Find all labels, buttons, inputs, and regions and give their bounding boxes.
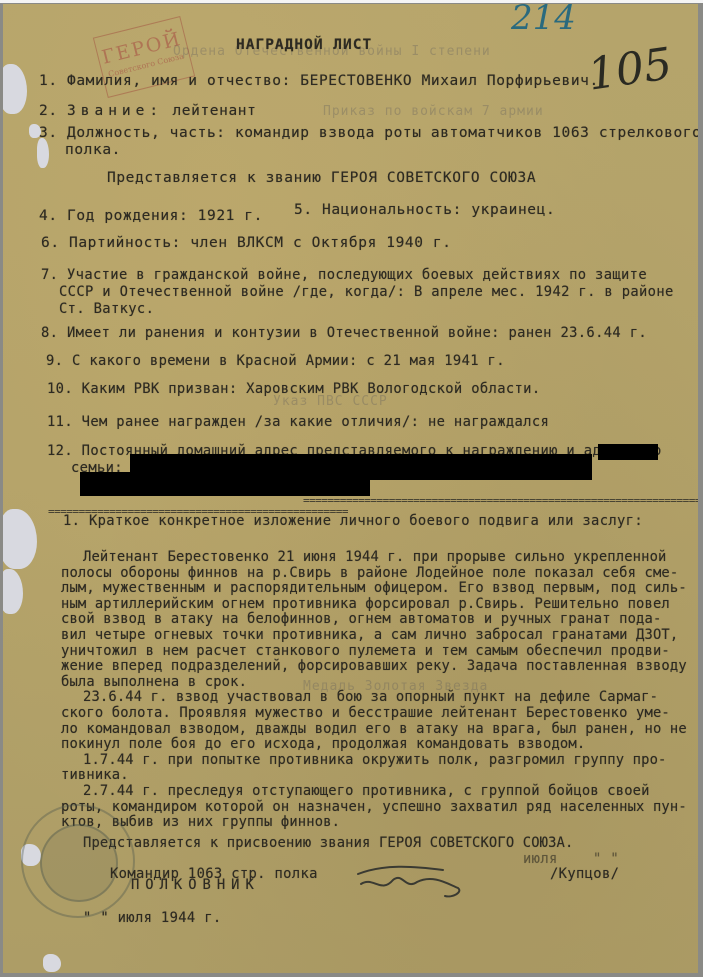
paper-tear xyxy=(37,138,49,168)
narrative-line: 2.7.44 г. преследуя отступающего противн… xyxy=(83,783,650,799)
separator-line: ========================================… xyxy=(303,494,698,507)
narrative-line: жение вперед подразделений, форсировавши… xyxy=(61,658,687,674)
narrative-line: свой взвод в атаку на белофиннов, огнем … xyxy=(61,611,661,627)
paper-tear xyxy=(43,954,61,972)
narrative-line: уничтожил в нем расчет станкового пулеме… xyxy=(61,643,670,659)
paper-tear xyxy=(3,569,23,614)
redaction-box xyxy=(80,472,370,496)
field-10: 10. Каким РВК призван: Харовским РВК Вол… xyxy=(47,381,540,397)
signature-scribble xyxy=(353,854,483,904)
faint-date-quotes: " " xyxy=(593,851,619,867)
narrative-line: 1.7.44 г. при попытке противника окружит… xyxy=(83,752,667,768)
narrative-line: покинул поле боя до его исхода, продолжа… xyxy=(61,736,585,752)
narrative-line: 23.6.44 г. взвод участвовал в бою за опо… xyxy=(83,689,658,705)
narrative-line: была выполнена в срок. xyxy=(61,674,247,690)
award-sheet-page: Ордена Отечественной войны I степени При… xyxy=(3,4,698,973)
narrative-line: роты, командиром которой он назначен, ус… xyxy=(61,799,687,815)
narrative-line: Лейтенант Берестовенко 21 июня 1944 г. п… xyxy=(83,549,667,565)
narrative-line: ло командовал взводом, дважды водил его … xyxy=(61,721,687,737)
round-seal-inner xyxy=(40,824,118,902)
narrative-line: Представляется к присвоению звания ГЕРОЯ… xyxy=(83,835,573,851)
nomination-line: Представляется к званию ГЕРОЯ СОВЕТСКОГО… xyxy=(107,170,536,186)
field-3: 3. Должность, часть: командир взвода рот… xyxy=(39,125,698,141)
field-5: 5. Национальность: украинец. xyxy=(294,202,555,218)
narrative-line: ского болота. Проявляя мужество и бесстр… xyxy=(61,705,670,721)
document-title: НАГРАДНОЙ ЛИСТ xyxy=(236,37,372,53)
field-7-cont-2: Ст. Ваткус. xyxy=(59,301,154,317)
field-4: 4. Год рождения: 1921 г. xyxy=(39,208,263,224)
handwritten-number-top: 214 xyxy=(511,4,576,38)
bleed-through-text: Приказ по войскам 7 армии xyxy=(323,104,544,119)
handwritten-number-right: 105 xyxy=(585,38,675,100)
field-3-cont: полка. xyxy=(65,142,121,158)
faint-date-mark: июля xyxy=(523,851,558,867)
section-heading: 1. Краткое конкретное изложение личного … xyxy=(63,513,643,529)
field-6: 6. Партийность: член ВЛКСМ с Октября 194… xyxy=(41,235,452,251)
narrative-line: лым, мужественным и распорядительным офи… xyxy=(61,580,687,596)
narrative-line: полосы обороны финнов на р.Свирь в район… xyxy=(61,565,678,581)
field-8: 8. Имеет ли ранения и контузии в Отечест… xyxy=(41,325,647,341)
signer-rank: ПОЛКОВНИК xyxy=(131,877,260,893)
paper-tear xyxy=(3,64,27,114)
paper-tear xyxy=(3,509,37,569)
sign-date: " " июля 1944 г. xyxy=(83,910,222,926)
narrative-line: ным артиллерийским огнем противника форс… xyxy=(61,596,670,612)
redaction-box xyxy=(598,444,658,460)
window-top-edge xyxy=(0,0,703,3)
signer-name: /Купцов/ xyxy=(550,866,619,882)
narrative-line: вил четыре огневых точки противника, а с… xyxy=(61,627,678,643)
field-7-cont: СССР и Отечественной войне /где, когда/:… xyxy=(59,284,674,300)
field-9: 9. С какого времени в Красной Армии: с 2… xyxy=(46,353,505,369)
field-11: 11. Чем ранее награжден /за какие отличи… xyxy=(47,414,549,430)
field-2: 2. Звание: лейтенант xyxy=(39,103,256,119)
field-7: 7. Участие в гражданской войне, последую… xyxy=(41,267,647,283)
narrative-line: тивника. xyxy=(61,767,129,783)
field-1: 1. Фамилия, имя и отчество: БЕРЕСТОВЕНКО… xyxy=(39,73,599,89)
